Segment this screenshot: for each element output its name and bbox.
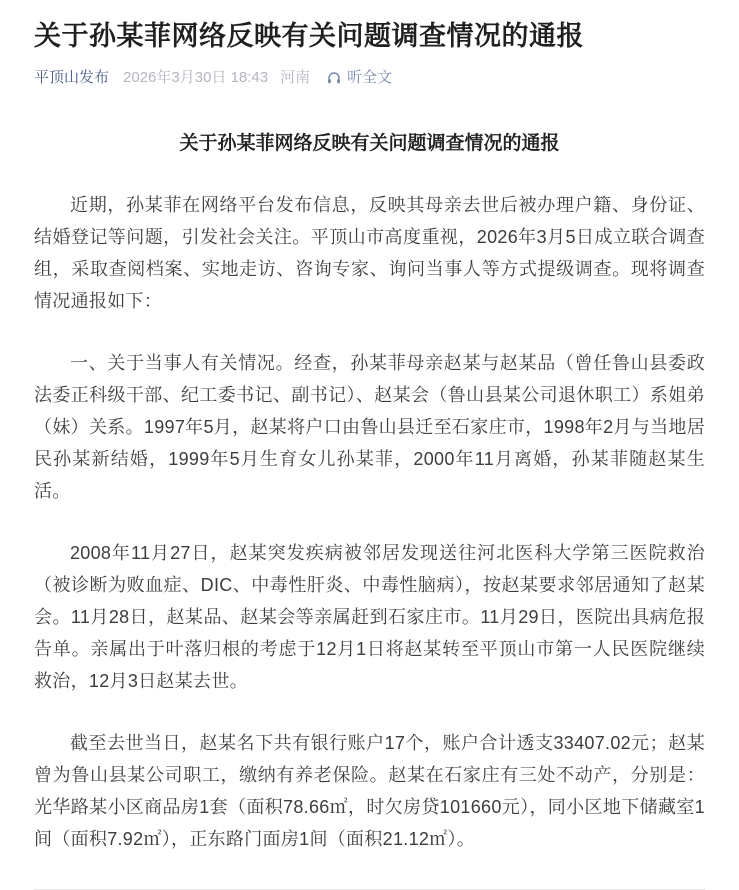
headphone-icon xyxy=(326,70,342,86)
source-link[interactable]: 平顶山发布 xyxy=(34,68,109,88)
article-page: 关于孙某菲网络反映有关问题调查情况的通报 平顶山发布 2026年3月30日 18… xyxy=(0,0,739,890)
article-meta: 平顶山发布 2026年3月30日 18:43 河南 听全文 xyxy=(34,68,705,88)
article-paragraph: 截至去世当日，赵某名下共有银行账户17个，账户合计透支33407.02元；赵某曾… xyxy=(34,727,705,855)
article-paragraph: 一、关于当事人有关情况。经查，孙某菲母亲赵某与赵某品（曾任鲁山县委政法委正科级干… xyxy=(34,347,705,507)
publish-datetime: 2026年3月30日 18:43 xyxy=(123,68,268,88)
publish-location: 河南 xyxy=(280,68,310,88)
article-paragraph: 2008年11月27日，赵某突发疾病被邻居发现送往河北医科大学第三医院救治（被诊… xyxy=(34,537,705,697)
article-body: 关于孙某菲网络反映有关问题调查情况的通报 近期，孙某菲在网络平台发布信息，反映其… xyxy=(34,130,705,855)
listen-label: 听全文 xyxy=(347,68,392,88)
page-title: 关于孙某菲网络反映有关问题调查情况的通报 xyxy=(34,18,705,54)
article-paragraph: 近期，孙某菲在网络平台发布信息，反映其母亲去世后被办理户籍、身份证、结婚登记等问… xyxy=(34,189,705,317)
article-subtitle: 关于孙某菲网络反映有关问题调查情况的通报 xyxy=(34,130,705,159)
listen-button[interactable]: 听全文 xyxy=(326,68,392,88)
